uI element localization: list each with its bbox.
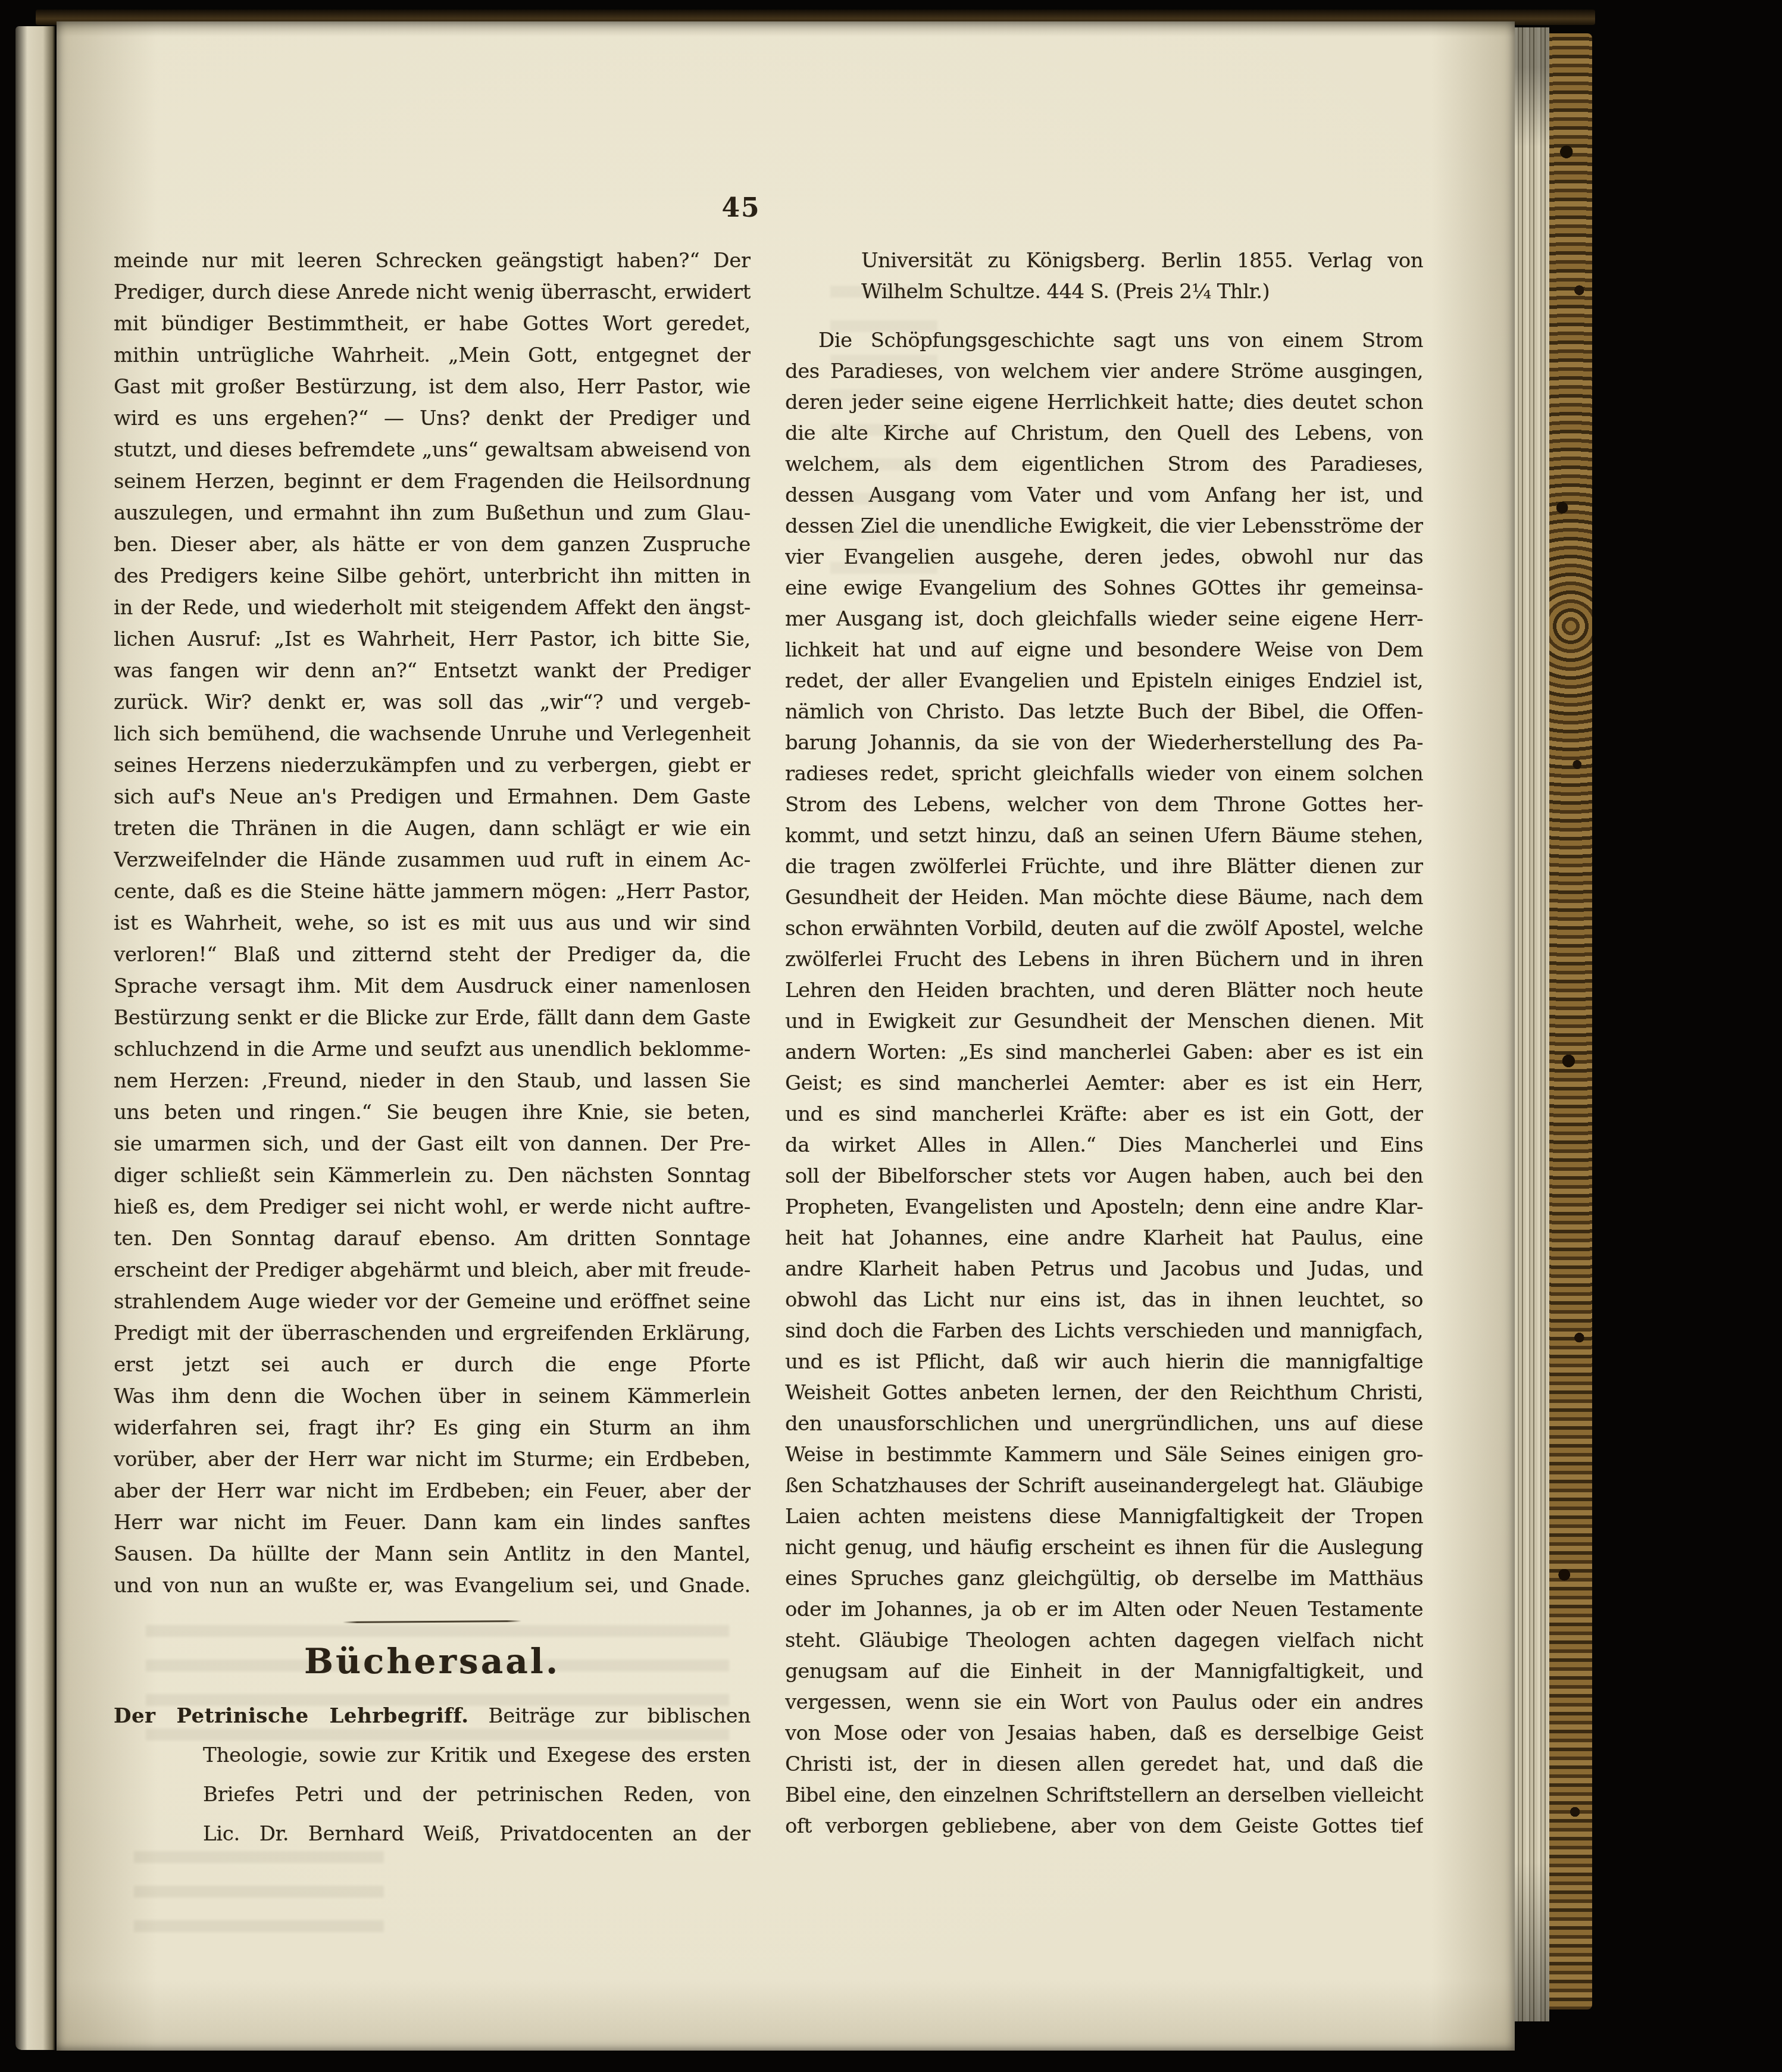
text-line: uns beten und ringen.“ Sie beugen ihre K… [114,1097,751,1129]
text-line: barung Johannis, da sie von der Wiederhe… [785,727,1423,758]
text-line: lichen Ausruf: „Ist es Wahrheit, Herr Pa… [114,624,751,655]
text-line: dessen Ziel die unendliche Ewigkeit, die… [785,511,1423,542]
text-line: widerfahren sei, fragt ihr? Es ging ein … [114,1412,751,1444]
text-line: und es sind mancherlei Kräfte: aber es i… [785,1099,1423,1130]
text-line: deren jeder seine eigene Herrlichkeit ha… [785,387,1423,418]
text-line: mithin untrügliche Wahrheit. „Mein Gott,… [114,340,751,371]
text-line: Theologie, sowie zur Kritik und Exegese … [203,1736,751,1775]
text-line: zwölferlei Frucht des Lebens in ihren Bü… [785,944,1423,975]
text-line: eines Spruches ganz gleichgültig, ob der… [785,1563,1423,1594]
text-line: die tragen zwölferlei Früchte, und ihre … [785,851,1423,882]
text-line: nicht genug, und häufig erscheint es ihn… [785,1532,1423,1563]
text-line: Lic. Dr. Bernhard Weiß, Privatdocenten a… [203,1814,751,1854]
left-column: meinde nur mit leeren Schrecken geängsti… [114,245,751,1854]
text-line: Sprache versagt ihm. Mit dem Ausdruck ei… [114,971,751,1002]
text-line: und von nun an wußte er, was Evangelium … [114,1570,751,1602]
text-line: Was ihm denn die Wochen über in seinem K… [114,1381,751,1412]
text-line: Prediger, durch diese Anrede nicht wenig… [114,277,751,308]
text-line: ist es Wahrheit, wehe, so ist es mit uus… [114,908,751,939]
text-line: ßen Schatzhauses der Schrift auseinander… [785,1470,1423,1501]
text-line: und in Ewigkeit zur Gesundheit der Mensc… [785,1006,1423,1037]
show-through-smudge [134,1843,384,1950]
text-line: oder im Johannes, ja ob er im Alten oder… [785,1594,1423,1625]
text-line: schluchzend in die Arme und seufzt aus u… [114,1034,751,1065]
photographed-book-page: { "colors":{ "background":"#060504", "pa… [0,0,1782,2072]
text-line: vorüber, aber der Herr war nicht im Stur… [114,1444,751,1476]
text-line: meinde nur mit leeren Schrecken geängsti… [114,245,751,277]
text-line: Weisheit Gottes anbeten lernen, der den … [785,1377,1423,1408]
story-paragraph: meinde nur mit leeren Schrecken geängsti… [114,245,751,1602]
text-line: nem Herzen: ‚Freund, nieder in den Staub… [114,1065,751,1097]
text-line: Wilhelm Schultze. 444 S. (Preis 2¼ Thlr.… [861,276,1423,307]
text-line: eine ewige Evangelium des Sohnes GOttes … [785,573,1423,604]
text-line: die alte Kirche auf Christum, den Quell … [785,418,1423,449]
review-body-paragraph: Die Schöpfungsgeschichte sagt uns von ei… [785,325,1423,1842]
text-line: Christi ist, der in diesen allen geredet… [785,1749,1423,1780]
text-line: des Predigers keine Silbe gehört, unterb… [114,561,751,592]
text-line: Universität zu Königsberg. Berlin 1855. … [861,245,1423,276]
text-line: was fangen wir denn an?“ Entsetzt wankt … [114,655,751,687]
text-line: mit bündiger Bestimmtheit, er habe Gotte… [114,308,751,340]
text-line: mer Ausgang ist, doch gleichfalls wieder… [785,604,1423,635]
text-line: Sausen. Da hüllte der Mann sein Antlitz … [114,1539,751,1570]
text-line: Die Schöpfungsgeschichte sagt uns von ei… [785,325,1423,356]
text-line: redet, der aller Evangelien und Episteln… [785,665,1423,696]
text-line: und es ist Pflicht, daß wir auch hierin … [785,1346,1423,1377]
text-line: hieß es, dem Prediger sei nicht wohl, er… [114,1192,751,1223]
text-line: Predigt mit der überraschenden und ergre… [114,1318,751,1349]
text-line: sind doch die Farben des Lichts verschie… [785,1315,1423,1346]
text-line: heit hat Johannes, eine andre Klarheit h… [785,1223,1423,1254]
text-line: ben. Dieser aber, als hätte er von dem g… [114,529,751,561]
text-line: diger schließt sein Kämmerlein zu. Den n… [114,1160,751,1192]
text-line: aber der Herr war nicht im Erdbeben; ein… [114,1476,751,1507]
text-line: nämlich von Christo. Das letzte Buch der… [785,696,1423,727]
text-line: seinem Herzen, beginnt er dem Fragenden … [114,466,751,498]
text-line: von Mose oder von Jesaias haben, daß es … [785,1718,1423,1749]
text-line: obwohl das Licht nur eins ist, das in ih… [785,1285,1423,1315]
text-line: erst jetzt sei auch er durch die enge Pf… [114,1349,751,1381]
text-line: sie umarmen sich, und der Gast eilt von … [114,1129,751,1160]
text-line: oft verborgen gebliebene, aber von dem G… [785,1811,1423,1842]
text-line: Gesundheit der Heiden. Man möchte diese … [785,882,1423,913]
text-line: stutzt, und dieses befremdete „uns“ gewa… [114,435,751,466]
text-line: auszulegen, und ermahnt ihn zum Bußethun… [114,498,751,529]
facing-page-edge [15,26,55,2050]
text-line: Lehren den Heiden brachten, und deren Bl… [785,975,1423,1006]
marbled-cover-edge [1549,33,1592,2010]
book-page: 45 meinde nur mit leeren Schrecken geäng… [57,21,1515,2051]
section-divider [343,1620,521,1623]
reference-continuation: Universität zu Königsberg. Berlin 1855. … [785,245,1423,307]
text-line: Herr war nicht im Feuer. Dann kam ein li… [114,1507,751,1539]
text-line: des Paradieses, von welchem vier andere … [785,356,1423,387]
text-line: kommt, und setzt hinzu, daß an seinen Uf… [785,820,1423,851]
text-line: dessen Ausgang vom Vater und vom Anfang … [785,480,1423,511]
text-line: Propheten, Evangelisten und Aposteln; de… [785,1192,1423,1223]
text-line: wird es uns ergehen?“ — Uns? denkt der P… [114,403,751,435]
text-line: Geist; es sind mancherlei Aemter: aber e… [785,1068,1423,1099]
text-line: lichkeit hat und auf eigne und besondere… [785,635,1423,665]
review-reference-lines: Theologie, sowie zur Kritik und Exegese … [114,1736,751,1854]
text-line: seines Herzens niederzukämpfen und zu ve… [114,750,751,782]
text-line: soll der Bibelforscher stets vor Augen h… [785,1161,1423,1192]
text-line: Strom des Lebens, welcher von dem Throne… [785,789,1423,820]
book-review-reference: Der Petrinische Lehrbegriff. Beiträge zu… [114,1696,751,1854]
text-line: sich auf's Neue an's Predigen und Ermahn… [114,782,751,813]
text-line: zurück. Wir? denkt er, was soll das „wir… [114,687,751,718]
text-line: andern Worten: „Es sind mancherlei Gaben… [785,1037,1423,1068]
text-line: Bibel eine, den einzelnen Schriftsteller… [785,1780,1423,1811]
text-line: ten. Den Sonntag darauf ebenso. Am dritt… [114,1223,751,1255]
text-line: cente, daß es die Steine hätte jammern m… [114,876,751,908]
text-line: treten die Thränen in die Augen, dann sc… [114,813,751,845]
text-line: Verzweifelnder die Hände zusammen uud ru… [114,845,751,876]
text-line: in der Rede, und wiederholt mit steigend… [114,592,751,624]
book-fore-edge-pages [1515,27,1549,2021]
text-line: strahlendem Auge wieder vor der Gemeine … [114,1286,751,1318]
text-line: Briefes Petri und der petrinischen Reden… [203,1775,751,1814]
text-line: erscheint der Prediger abgehärmt und ble… [114,1255,751,1286]
text-line: vergessen, wenn sie ein Wort von Paulus … [785,1687,1423,1718]
review-title-bold: Der Petrinische Lehrbegriff. [114,1704,468,1728]
text-line: Bestürzung senkt er die Blicke zur Erde,… [114,1002,751,1034]
page-number: 45 [702,193,780,223]
text-line: Laien achten meistens diese Mannigfaltig… [785,1501,1423,1532]
text-line: da wirket Alles in Allen.“ Dies Mancherl… [785,1130,1423,1161]
text-line: verloren!“ Blaß und zitternd steht der P… [114,939,751,971]
text-line: steht. Gläubige Theologen achten dagegen… [785,1625,1423,1656]
right-column: Universität zu Königsberg. Berlin 1855. … [785,245,1423,1842]
review-title-line: Der Petrinische Lehrbegriff. Beiträge zu… [114,1696,751,1736]
text-line: andre Klarheit haben Petrus und Jacobus … [785,1254,1423,1285]
text-line: Weise in bestimmte Kammern und Säle Sein… [785,1439,1423,1470]
section-heading: Büchersaal. [114,1640,751,1682]
text-line: schon erwähnten Vorbild, deuten auf die … [785,913,1423,944]
text-line: radieses redet, spricht gleichfalls wied… [785,758,1423,789]
text-line: Gast mit großer Bestürzung, ist dem also… [114,371,751,403]
text-line: den unausforschlichen und unergründliche… [785,1408,1423,1439]
text-line: genugsam auf die Einheit in der Mannigfa… [785,1656,1423,1687]
text-line: vier Evangelien ausgehe, deren jedes, ob… [785,542,1423,573]
text-line: welchem, als dem eigentlichen Strom des … [785,449,1423,480]
text-line: lich sich bemühend, die wachsende Unruhe… [114,718,751,750]
review-title-rest: Beiträge zur biblischen [468,1704,751,1728]
